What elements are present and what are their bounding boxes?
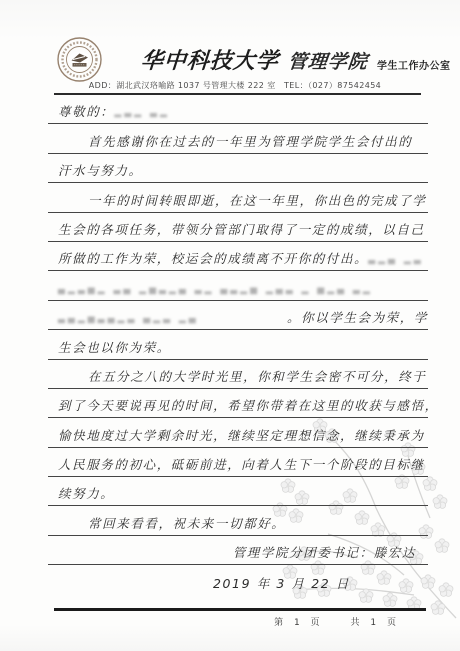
- letter-text: 愉快地度过大学剩余时光，继续坚定理想信念，继续秉承为: [58, 426, 425, 444]
- letter-text: 管理学院分团委书记：滕宏达: [233, 543, 416, 561]
- footer-divider: [54, 608, 426, 611]
- page-number: 第 1 页 共 1 页: [48, 615, 400, 628]
- letter-line: 常回来看看，祝未来一切都好。: [48, 506, 428, 535]
- letter-line: 汗水与努力。: [48, 154, 428, 183]
- letter-line: 所做的工作为荣，校运会的成绩离不开你的付出。▃▂▄ ▂▃: [48, 242, 428, 271]
- letter-line: 一年的时间转眼即逝，在这一年里，你出色的完成了学: [48, 183, 428, 212]
- letter-line: ▃▄▂▅▃▄▂▃ ▄▂▃ ▂▄。你以学生会为荣，学: [48, 301, 428, 330]
- letter-text: 常回来看看，祝未来一切都好。: [88, 514, 285, 532]
- letter-line: 在五分之八的大学时光里，你和学生会密不可分，终于: [48, 360, 428, 389]
- letter-body: 尊敬的：▂▃▂ ▃▂首先感谢你在过去的一年里为管理学院学生会付出的汗水与努力。一…: [48, 95, 428, 595]
- total-page-label: 共 1 页: [351, 615, 400, 628]
- letter-line: 尊敬的：▂▃▂ ▃▂: [48, 95, 428, 124]
- letter-text: 2019 年 3 月 22 日: [213, 574, 350, 592]
- letter-text: 在五分之八的大学时光里，你和学生会密不可分，终于: [88, 367, 426, 385]
- letter-line: 续努力。: [48, 477, 428, 506]
- redacted-text: ▃▄▂▅▃▄▂▃ ▄▂▃ ▂▄: [58, 314, 199, 326]
- letter-line: ▄▂▃▅▂ ▃▄ ▂▅▃▂▄ ▃▂ ▄▃▂▅ ▂▄▃ ▂ ▅▂▄ ▃▂: [48, 271, 428, 300]
- office-name: 学生工作办公室: [377, 57, 451, 75]
- letter-line: 人民服务的初心，砥砺前进，向着人生下一个阶段的目标继: [48, 448, 428, 477]
- letter-line: 2019 年 3 月 22 日: [48, 565, 428, 594]
- letter-text: 人民服务的初心，砥砺前进，向着人生下一个阶段的目标继: [58, 455, 425, 473]
- letter-line: 生会的各项任务，带领分管部门取得了一定的成绩，以自己: [48, 213, 428, 242]
- current-page-label: 第 1 页: [274, 615, 323, 628]
- address-line: ADD：湖北武汉珞喻路 1037 号管理大楼 222 室 TEL：（027）87…: [40, 80, 430, 91]
- letter-text: 一年的时间转眼即逝，在这一年里，你出色的完成了学: [88, 191, 426, 209]
- letter-text: 生会也以你为荣。: [58, 338, 171, 356]
- letterhead-title: 华中科技大学 管理学院 学生工作办公室: [141, 44, 451, 75]
- redacted-text: ▂▃▂ ▃▂: [114, 108, 169, 120]
- letter-text: 到了今天要说再见的时间，希望你带着在这里的收获与感悟，: [58, 396, 439, 414]
- letter-text: 尊敬的：: [58, 102, 114, 120]
- letter-line: 首先感谢你在过去的一年里为管理学院学生会付出的: [48, 124, 428, 153]
- college-name: 管理学院: [287, 47, 370, 75]
- letter-line: 管理学院分团委书记：滕宏达: [48, 536, 428, 565]
- university-seal-icon: [56, 36, 103, 83]
- letter-text: 生会的各项任务，带领分管部门取得了一定的成绩，以自己: [58, 220, 425, 238]
- redacted-text: ▄▂▃▅▂ ▃▄ ▂▅▃▂▄ ▃▂ ▄▃▂▅ ▂▄▃ ▂ ▅▂▄ ▃▂: [58, 285, 373, 297]
- letter-text: 续努力。: [58, 484, 114, 502]
- university-name: 华中科技大学: [140, 44, 280, 75]
- letter-text: 。你以学生会为荣，学: [287, 308, 428, 326]
- letter-line: 生会也以你为荣。: [48, 330, 428, 359]
- scanned-letter-page: 华中科技大学 管理学院 学生工作办公室 ADD：湖北武汉珞喻路 1037 号管理…: [0, 0, 460, 651]
- letter-line: 愉快地度过大学剩余时光，继续坚定理想信念，继续秉承为: [48, 418, 428, 447]
- letter-text: 所做的工作为荣，校运会的成绩离不开你的付出。: [58, 249, 368, 267]
- letter-text: 汗水与努力。: [58, 161, 143, 179]
- redacted-text: ▃▂▄ ▂▃: [368, 255, 423, 267]
- letter-text: 首先感谢你在过去的一年里为管理学院学生会付出的: [88, 132, 412, 150]
- letter-line: 到了今天要说再见的时间，希望你带着在这里的收获与感悟，: [48, 389, 428, 418]
